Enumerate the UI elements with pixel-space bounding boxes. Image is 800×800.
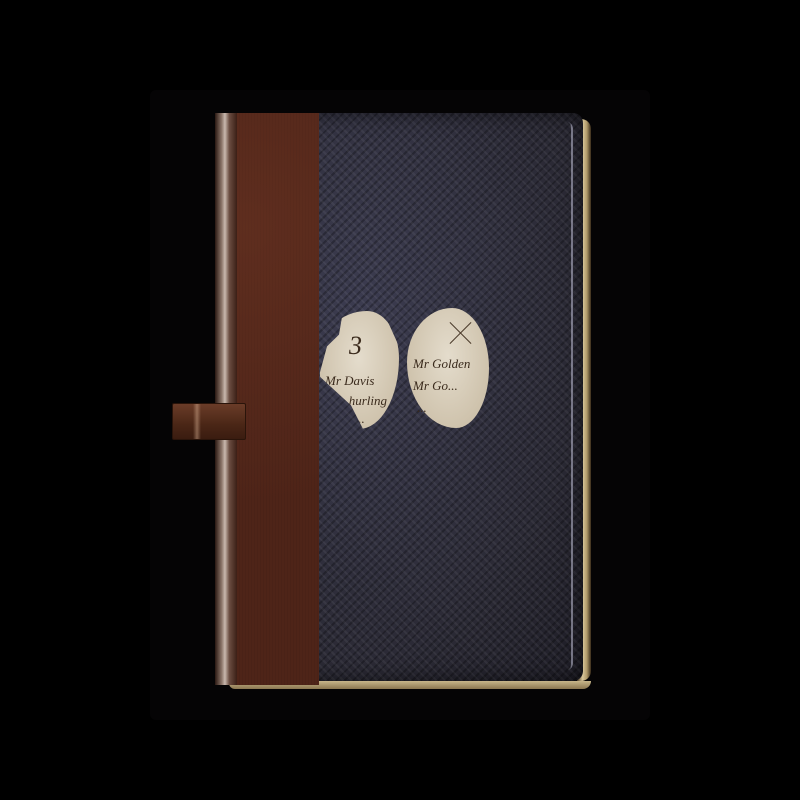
paper-label-right: Mr Golden Mr Go... ... (407, 308, 489, 428)
spine-hinge (215, 113, 237, 685)
label-number: 3 (349, 331, 362, 361)
cross-mark-icon (447, 318, 475, 346)
leather-pen-loop (172, 403, 246, 440)
label-right-line-2: Mr Go... (413, 378, 458, 394)
label-right-line-3: ... (417, 400, 427, 416)
pen-loop-highlight (193, 404, 201, 439)
label-left-line-1: Mr Davis (325, 373, 374, 389)
notebook: 3 Mr Davis ...hurling ... Mr Golden Mr G… (215, 113, 585, 683)
label-right-line-1: Mr Golden (413, 356, 470, 372)
leather-spine (215, 113, 319, 685)
